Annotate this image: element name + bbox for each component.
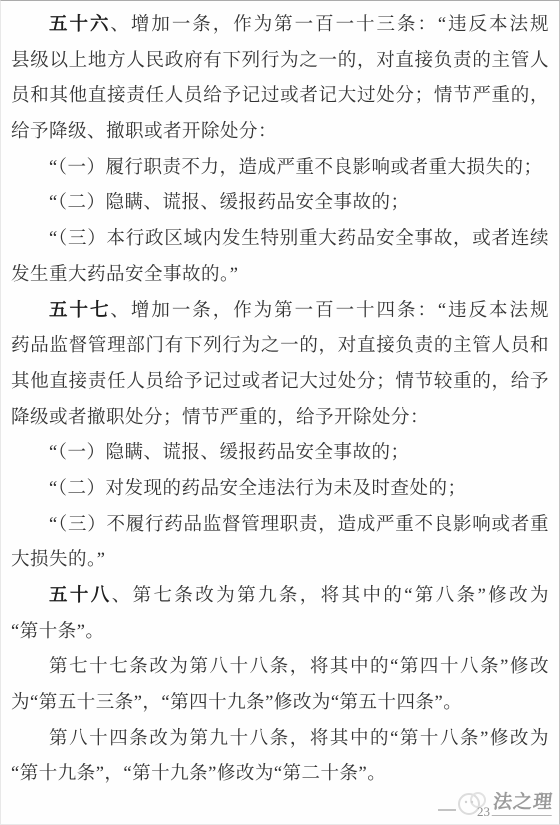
watermark-dash xyxy=(438,809,456,811)
article-body: 五十六、增加一条，作为第一百一十三条：“违反本法规定， 县级以上地方人民政府有下… xyxy=(1,1,559,793)
article-line: 五十七、增加一条，作为第一百一十四条：“违反本法规定， xyxy=(11,294,549,330)
page-footer-watermark: 23 法之理 xyxy=(438,788,553,820)
article-line-text: 县级以上地方人民政府有下列行为之一的，对直接负责的主管人 xyxy=(11,51,549,71)
article-line-text: 其他直接责任人员给予记过或者记大过处分；情节较重的，给予 xyxy=(11,372,549,392)
article-line: “（三）不履行药品监督管理职责，造成严重不良影响或者重 xyxy=(11,508,549,544)
article-line: 药品监督管理部门有下列行为之一的，对直接负责的主管人员和 xyxy=(11,329,549,365)
article-line: 降级或者撤职处分；情节严重的，给予开除处分： xyxy=(11,401,549,437)
article-line-text: 、第七条改为第九条，将其中的“第八条”修改为 xyxy=(112,586,549,606)
article-item-number: 五十六 xyxy=(49,15,110,35)
article-line-text: “（一）履行职责不力，造成严重不良影响或者重大损失的； xyxy=(49,158,542,178)
article-line: 第八十四条改为第九十八条，将其中的“第十八条”修改为 xyxy=(11,722,549,758)
article-line-text: 为“第五十三条”，“第四十九条”修改为“第五十四条”。 xyxy=(11,693,462,713)
article-line: 发生重大药品安全事故的。” xyxy=(11,258,549,294)
document-page: 五十六、增加一条，作为第一百一十三条：“违反本法规定， 县级以上地方人民政府有下… xyxy=(0,0,560,825)
article-line: 县级以上地方人民政府有下列行为之一的，对直接负责的主管人 xyxy=(11,44,549,80)
article-line-text: “（三）本行政区域内发生特别重大药品安全事故，或者连续 xyxy=(49,229,549,249)
article-line: 五十八、第七条改为第九条，将其中的“第八条”修改为 xyxy=(11,579,549,615)
article-line-text: “（二）隐瞒、谎报、缓报药品安全事故的； xyxy=(49,193,409,213)
article-line-text: 大损失的。” xyxy=(11,550,105,570)
article-line: 为“第五十三条”，“第四十九条”修改为“第五十四条”。 xyxy=(11,686,549,722)
article-line-text: 给予降级、撤职或者开除处分： xyxy=(11,122,277,142)
article-line-text: 第七十七条改为第八十八条，将其中的“第四十八条”修改 xyxy=(49,657,549,677)
article-line: 给予降级、撤职或者开除处分： xyxy=(11,115,549,151)
article-line: “（二）隐瞒、谎报、缓报药品安全事故的； xyxy=(11,186,549,222)
article-line-text: 员和其他直接责任人员给予记过或者记大过处分；情节严重的， xyxy=(11,86,549,106)
article-line: “（一）履行职责不力，造成严重不良影响或者重大损失的； xyxy=(11,151,549,187)
article-line: 五十六、增加一条，作为第一百一十三条：“违反本法规定， xyxy=(11,8,549,44)
article-line: 第七十七条改为第八十八条，将其中的“第四十八条”修改 xyxy=(11,650,549,686)
article-line: “（三）本行政区域内发生特别重大药品安全事故，或者连续 xyxy=(11,222,549,258)
article-line: “（一）隐瞒、谎报、缓报药品安全事故的； xyxy=(11,436,549,472)
article-line-text: 降级或者撤职处分；情节严重的，给予开除处分： xyxy=(11,408,429,428)
watermark-text: 法之理 xyxy=(492,791,555,816)
article-line-text: “（二）对发现的药品安全违法行为未及时查处的； xyxy=(49,479,466,499)
article-line: “（二）对发现的药品安全违法行为未及时查处的； xyxy=(11,472,549,508)
article-line-text: 第八十四条改为第九十八条，将其中的“第十八条”修改为 xyxy=(49,729,549,749)
article-line: 员和其他直接责任人员给予记过或者记大过处分；情节严重的， xyxy=(11,79,549,115)
article-line-text: “第十条”。 xyxy=(11,622,104,642)
page-number: 23 xyxy=(477,804,490,820)
article-item-number: 五十七 xyxy=(49,301,110,321)
article-line-text: “（三）不履行药品监督管理职责，造成严重不良影响或者重 xyxy=(49,515,549,535)
article-line-text: 发生重大药品安全事故的。” xyxy=(11,265,238,285)
article-line: 大损失的。” xyxy=(11,543,549,579)
article-line-text: “（一）隐瞒、谎报、缓报药品安全事故的； xyxy=(49,443,409,463)
article-line-text: “第十九条”，“第十九条”修改为“第二十条”。 xyxy=(11,764,386,784)
article-line: “第十条”。 xyxy=(11,615,549,651)
article-line: 其他直接责任人员给予记过或者记大过处分；情节较重的，给予 xyxy=(11,365,549,401)
article-line-text: 药品监督管理部门有下列行为之一的，对直接负责的主管人员和 xyxy=(11,336,549,356)
article-item-number: 五十八 xyxy=(49,586,112,606)
